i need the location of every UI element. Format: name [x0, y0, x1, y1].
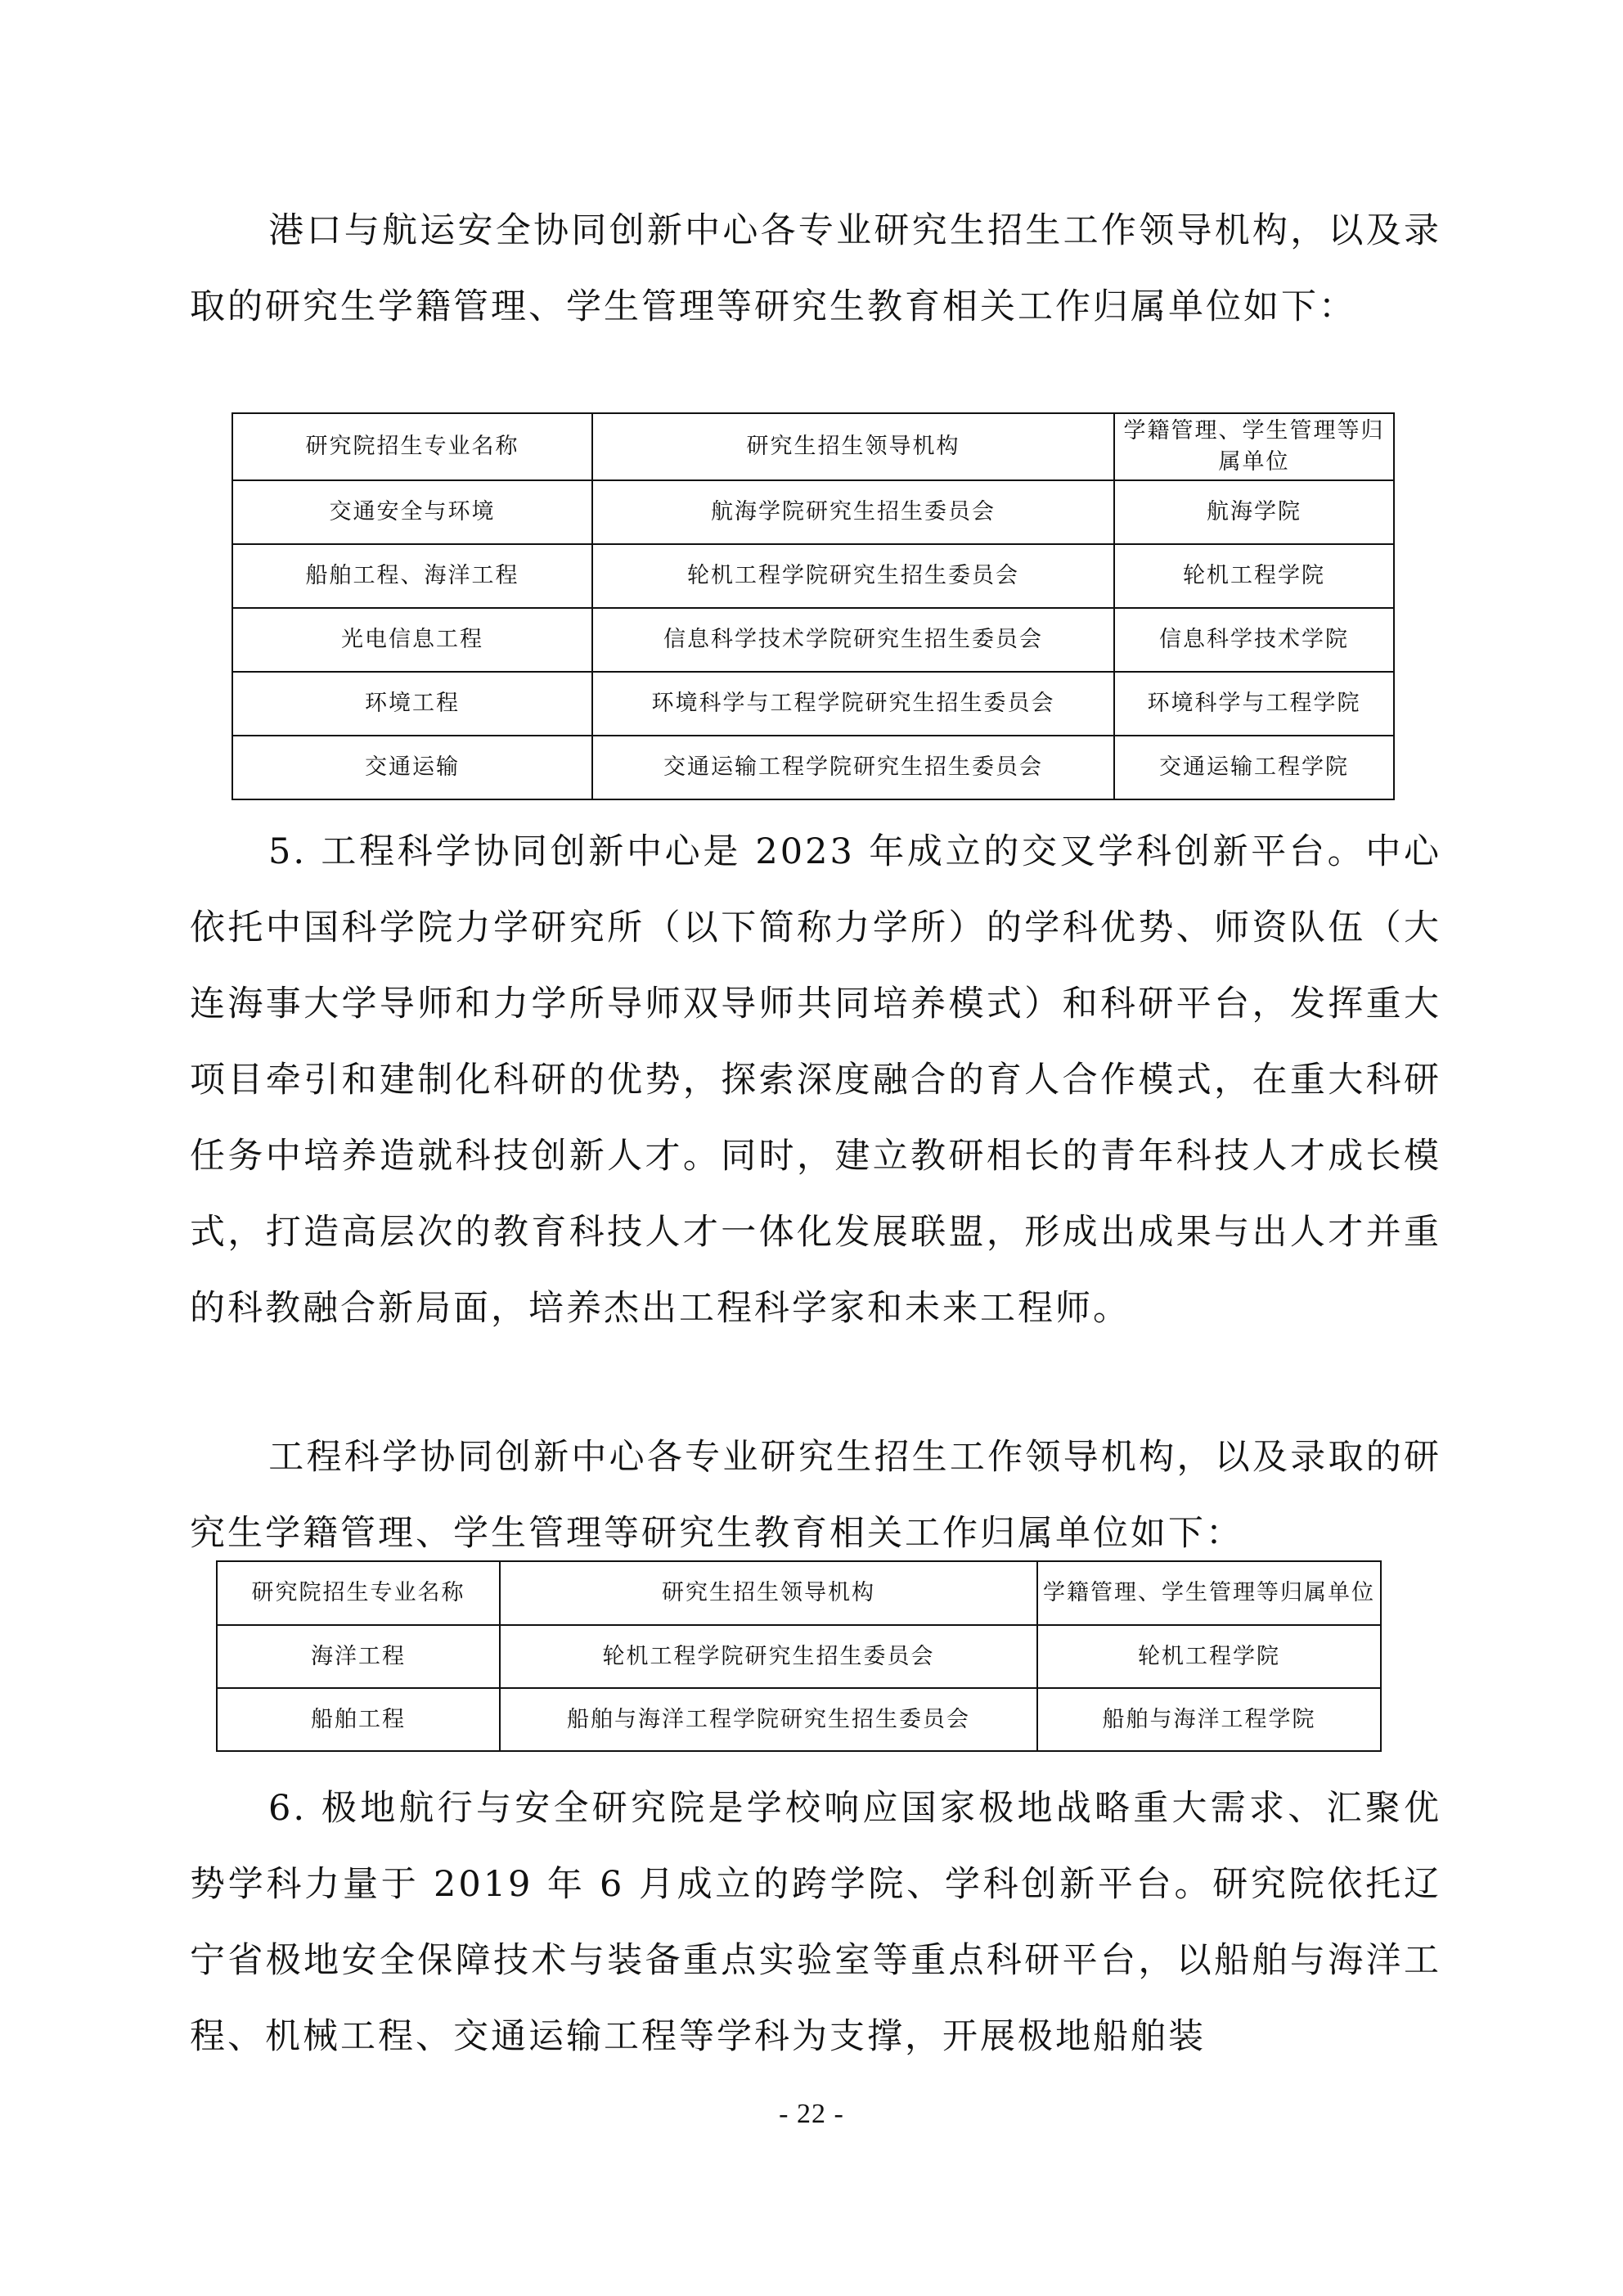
table-row: 环境工程 环境科学与工程学院研究生招生委员会 环境科学与工程学院 [232, 672, 1394, 736]
cell-major: 船舶工程、海洋工程 [232, 544, 592, 608]
cell-leading-body: 环境科学与工程学院研究生招生委员会 [592, 672, 1114, 736]
cell-leading-body: 航海学院研究生招生委员会 [592, 480, 1114, 544]
paragraph-text: 港口与航运安全协同创新中心各专业研究生招生工作领导机构，以及录取的研究生学籍管理… [190, 210, 1441, 327]
cell-unit: 船舶与海洋工程学院 [1037, 1688, 1381, 1751]
table-header-row: 研究院招生专业名称 研究生招生领导机构 学籍管理、学生管理等归属单位 [232, 413, 1394, 480]
paragraph-polar-navigation-institute: 6. 极地航行与安全研究院是学校响应国家极地战略重大需求、汇聚优势学科力量于 2… [190, 1771, 1441, 2075]
cell-major: 光电信息工程 [232, 608, 592, 672]
cell-major: 交通运输 [232, 736, 592, 799]
cell-leading-body: 轮机工程学院研究生招生委员会 [500, 1625, 1037, 1688]
cell-unit: 轮机工程学院 [1037, 1625, 1381, 1688]
header-leading-body: 研究生招生领导机构 [500, 1561, 1037, 1625]
header-affiliated-unit: 学籍管理、学生管理等归属单位 [1037, 1561, 1381, 1625]
cell-unit: 信息科学技术学院 [1114, 608, 1394, 672]
cell-leading-body: 信息科学技术学院研究生招生委员会 [592, 608, 1114, 672]
cell-major: 海洋工程 [217, 1625, 500, 1688]
table-row: 船舶工程 船舶与海洋工程学院研究生招生委员会 船舶与海洋工程学院 [217, 1688, 1381, 1751]
paragraph-text: 工程科学协同创新中心各专业研究生招生工作领导机构，以及录取的研究生学籍管理、学生… [190, 1437, 1441, 1554]
cell-leading-body: 交通运输工程学院研究生招生委员会 [592, 736, 1114, 799]
header-major-name: 研究院招生专业名称 [217, 1561, 500, 1625]
cell-major: 环境工程 [232, 672, 592, 736]
document-page: 港口与航运安全协同创新中心各专业研究生招生工作领导机构，以及录取的研究生学籍管理… [0, 0, 1623, 2296]
cell-leading-body: 轮机工程学院研究生招生委员会 [592, 544, 1114, 608]
header-major-name: 研究院招生专业名称 [232, 413, 592, 480]
cell-major: 船舶工程 [217, 1688, 500, 1751]
table-row: 光电信息工程 信息科学技术学院研究生招生委员会 信息科学技术学院 [232, 608, 1394, 672]
cell-unit: 环境科学与工程学院 [1114, 672, 1394, 736]
cell-unit: 轮机工程学院 [1114, 544, 1394, 608]
cell-leading-body: 船舶与海洋工程学院研究生招生委员会 [500, 1688, 1037, 1751]
cell-unit: 航海学院 [1114, 480, 1394, 544]
paragraph-text: 5. 工程科学协同创新中心是 2023 年成立的交叉学科创新平台。中心依托中国科… [190, 831, 1441, 1329]
table-row: 交通运输 交通运输工程学院研究生招生委员会 交通运输工程学院 [232, 736, 1394, 799]
page-number: - 22 - [0, 2099, 1623, 2130]
cell-unit: 交通运输工程学院 [1114, 736, 1394, 799]
paragraph-text: 6. 极地航行与安全研究院是学校响应国家极地战略重大需求、汇聚优势学科力量于 2… [190, 1788, 1441, 2057]
paragraph-engineering-science-center: 5. 工程科学协同创新中心是 2023 年成立的交叉学科创新平台。中心依托中国科… [190, 814, 1441, 1347]
header-leading-body: 研究生招生领导机构 [592, 413, 1114, 480]
table-row: 船舶工程、海洋工程 轮机工程学院研究生招生委员会 轮机工程学院 [232, 544, 1394, 608]
paragraph-engineering-science-intro: 工程科学协同创新中心各专业研究生招生工作领导机构，以及录取的研究生学籍管理、学生… [190, 1420, 1441, 1572]
cell-major: 交通安全与环境 [232, 480, 592, 544]
table-header-row: 研究院招生专业名称 研究生招生领导机构 学籍管理、学生管理等归属单位 [217, 1561, 1381, 1625]
table-engineering-science-majors: 研究院招生专业名称 研究生招生领导机构 学籍管理、学生管理等归属单位 海洋工程 … [216, 1560, 1382, 1752]
header-affiliated-unit: 学籍管理、学生管理等归属单位 [1114, 413, 1394, 480]
table-row: 海洋工程 轮机工程学院研究生招生委员会 轮机工程学院 [217, 1625, 1381, 1688]
paragraph-port-shipping-intro: 港口与航运安全协同创新中心各专业研究生招生工作领导机构，以及录取的研究生学籍管理… [190, 193, 1441, 345]
table-port-shipping-majors: 研究院招生专业名称 研究生招生领导机构 学籍管理、学生管理等归属单位 交通安全与… [232, 412, 1395, 800]
table-row: 交通安全与环境 航海学院研究生招生委员会 航海学院 [232, 480, 1394, 544]
